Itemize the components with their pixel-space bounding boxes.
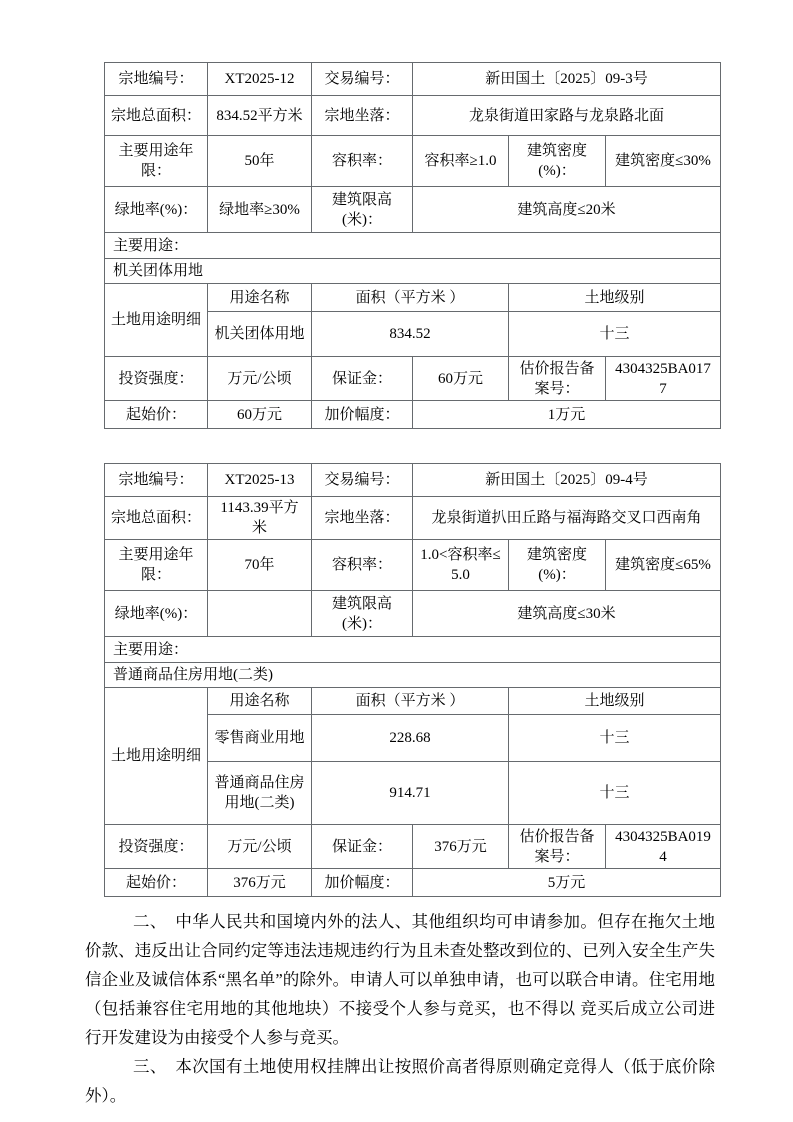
land-grade-header: 土地级别 [509, 284, 721, 312]
clause-2-paragraph: 二、 中华人民共和国境内外的法人、其他组织均可申请参加。但存在拖欠土地价款、违反… [85, 907, 715, 1052]
parcel-table-1: 宗地编号： XT2025-12 交易编号： 新田国土〔2025〕09-3号 宗地… [104, 62, 721, 429]
total-area-value: 1143.39平方米 [208, 497, 312, 540]
density-label: 建筑密度(%)： [509, 540, 606, 591]
far-value: 1.0<容积率≤5.0 [413, 540, 509, 591]
deal-no-value: 新田国土〔2025〕09-3号 [413, 63, 721, 96]
land-grade-value: 十三 [509, 312, 721, 357]
table-row: 土地用途明细 用途名称 面积（平方米 ） 土地级别 [105, 284, 721, 312]
use-area-value: 228.68 [312, 715, 509, 762]
use-name-header: 用途名称 [208, 688, 312, 715]
location-value: 龙泉街道扒田丘路与福海路交叉口西南角 [413, 497, 721, 540]
main-use-label: 主要用途： [105, 233, 721, 259]
table-row: 投资强度： 万元/公顷 保证金： 376万元 估价报告备案号： 4304325B… [105, 825, 721, 869]
total-area-value: 834.52平方米 [208, 96, 312, 136]
height-limit-value: 建筑高度≤20米 [413, 187, 721, 233]
location-label: 宗地坐落： [312, 497, 413, 540]
far-label: 容积率： [312, 540, 413, 591]
table-row: 投资强度： 万元/公顷 保证金： 60万元 估价报告备案号： 4304325BA… [105, 357, 721, 401]
table-row: 普通商品住房用地(二类) [105, 663, 721, 688]
table-row: 主要用途年限： 70年 容积率： 1.0<容积率≤5.0 建筑密度(%)： 建筑… [105, 540, 721, 591]
start-price-value: 376万元 [208, 869, 312, 897]
green-ratio-label: 绿地率(%)： [105, 591, 208, 637]
deposit-label: 保证金： [312, 357, 413, 401]
deposit-value: 376万元 [413, 825, 509, 869]
land-grade-value: 十三 [509, 762, 721, 825]
height-limit-value: 建筑高度≤30米 [413, 591, 721, 637]
start-price-label: 起始价： [105, 869, 208, 897]
table-row: 主要用途： [105, 637, 721, 663]
invest-intensity-value: 万元/公顷 [208, 825, 312, 869]
use-name-value: 普通商品住房用地(二类) [208, 762, 312, 825]
far-label: 容积率： [312, 136, 413, 187]
start-price-label: 起始价： [105, 401, 208, 429]
table-row: 起始价： 60万元 加价幅度： 1万元 [105, 401, 721, 429]
invest-intensity-value: 万元/公顷 [208, 357, 312, 401]
height-limit-label: 建筑限高(米)： [312, 591, 413, 637]
deposit-label: 保证金： [312, 825, 413, 869]
location-value: 龙泉街道田家路与龙泉路北面 [413, 96, 721, 136]
density-label: 建筑密度(%)： [509, 136, 606, 187]
total-area-label: 宗地总面积： [105, 96, 208, 136]
location-label: 宗地坐落： [312, 96, 413, 136]
increment-value: 1万元 [413, 401, 721, 429]
table-row: 绿地率(%)： 建筑限高(米)： 建筑高度≤30米 [105, 591, 721, 637]
invest-intensity-label: 投资强度： [105, 357, 208, 401]
appraisal-no-value: 4304325BA0194 [606, 825, 721, 869]
appraisal-no-label: 估价报告备案号： [509, 825, 606, 869]
deposit-value: 60万元 [413, 357, 509, 401]
deal-no-value: 新田国土〔2025〕09-4号 [413, 464, 721, 497]
use-detail-label: 土地用途明细 [105, 688, 208, 825]
increment-label: 加价幅度： [312, 401, 413, 429]
increment-value: 5万元 [413, 869, 721, 897]
table-row: 宗地编号： XT2025-13 交易编号： 新田国土〔2025〕09-4号 [105, 464, 721, 497]
use-name-value: 机关团体用地 [208, 312, 312, 357]
use-term-label: 主要用途年限： [105, 136, 208, 187]
use-area-header: 面积（平方米 ） [312, 688, 509, 715]
appraisal-no-label: 估价报告备案号： [509, 357, 606, 401]
main-use-value: 普通商品住房用地(二类) [105, 663, 721, 688]
far-value: 容积率≥1.0 [413, 136, 509, 187]
appraisal-no-value: 4304325BA0177 [606, 357, 721, 401]
parcel-table-2: 宗地编号： XT2025-13 交易编号： 新田国土〔2025〕09-4号 宗地… [104, 463, 721, 897]
table-row: 土地用途明细 用途名称 面积（平方米 ） 土地级别 [105, 688, 721, 715]
start-price-value: 60万元 [208, 401, 312, 429]
use-term-value: 50年 [208, 136, 312, 187]
height-limit-label: 建筑限高(米)： [312, 187, 413, 233]
table-row: 宗地编号： XT2025-12 交易编号： 新田国土〔2025〕09-3号 [105, 63, 721, 96]
total-area-label: 宗地总面积： [105, 497, 208, 540]
table-row: 绿地率(%)： 绿地率≥30% 建筑限高(米)： 建筑高度≤20米 [105, 187, 721, 233]
main-use-label: 主要用途： [105, 637, 721, 663]
notice-body-text: 二、 中华人民共和国境内外的法人、其他组织均可申请参加。但存在拖欠土地价款、违反… [85, 907, 715, 1110]
land-grade-header: 土地级别 [509, 688, 721, 715]
parcel-no-value: XT2025-12 [208, 63, 312, 96]
table-row: 起始价： 376万元 加价幅度： 5万元 [105, 869, 721, 897]
table-row: 机关团体用地 [105, 259, 721, 284]
green-ratio-label: 绿地率(%)： [105, 187, 208, 233]
table-row: 宗地总面积： 1143.39平方米 宗地坐落： 龙泉街道扒田丘路与福海路交叉口西… [105, 497, 721, 540]
table-row: 宗地总面积： 834.52平方米 宗地坐落： 龙泉街道田家路与龙泉路北面 [105, 96, 721, 136]
main-use-value: 机关团体用地 [105, 259, 721, 284]
use-term-label: 主要用途年限： [105, 540, 208, 591]
table-row: 主要用途： [105, 233, 721, 259]
green-ratio-value [208, 591, 312, 637]
parcel-no-value: XT2025-13 [208, 464, 312, 497]
use-area-header: 面积（平方米 ） [312, 284, 509, 312]
use-detail-label: 土地用途明细 [105, 284, 208, 357]
clause-3-paragraph: 三、 本次国有土地使用权挂牌出让按照价高者得原则确定竞得人（低于底价除外）。 [85, 1052, 715, 1110]
use-name-header: 用途名称 [208, 284, 312, 312]
increment-label: 加价幅度： [312, 869, 413, 897]
table-row: 主要用途年限： 50年 容积率： 容积率≥1.0 建筑密度(%)： 建筑密度≤3… [105, 136, 721, 187]
parcel-no-label: 宗地编号： [105, 464, 208, 497]
deal-no-label: 交易编号： [312, 464, 413, 497]
use-term-value: 70年 [208, 540, 312, 591]
use-name-value: 零售商业用地 [208, 715, 312, 762]
density-value: 建筑密度≤65% [606, 540, 721, 591]
parcel-no-label: 宗地编号： [105, 63, 208, 96]
land-grade-value: 十三 [509, 715, 721, 762]
green-ratio-value: 绿地率≥30% [208, 187, 312, 233]
invest-intensity-label: 投资强度： [105, 825, 208, 869]
deal-no-label: 交易编号： [312, 63, 413, 96]
density-value: 建筑密度≤30% [606, 136, 721, 187]
use-area-value: 834.52 [312, 312, 509, 357]
use-area-value: 914.71 [312, 762, 509, 825]
